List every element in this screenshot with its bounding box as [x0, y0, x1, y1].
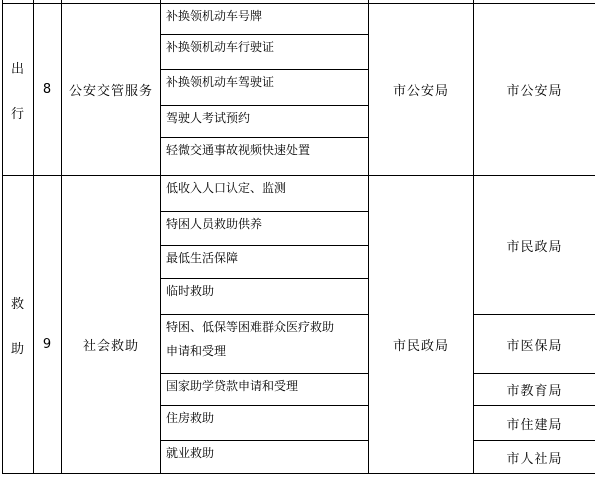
category-cell-assistance: 救 助 [3, 176, 34, 474]
responsible-dept-cell: 市人社局 [474, 441, 596, 474]
service-item-cell: 补换领机动车驾驶证 [161, 70, 369, 106]
service-category-cell: 公安交管服务 [62, 4, 161, 176]
responsible-dept-cell: 市民政局 [474, 176, 596, 315]
row-number-cell: 8 [34, 4, 62, 176]
responsible-dept-cell: 市公安局 [474, 4, 596, 176]
service-item-cell: 补换领机动车行驶证 [161, 35, 369, 70]
category-char: 助 [11, 338, 25, 357]
document-page: 出 行 8 公安交管服务 补换领机动车号牌 市公安局 [0, 0, 599, 482]
service-item-cell: 低收入人口认定、监测 [161, 176, 369, 212]
service-item-cell: 最低生活保障 [161, 246, 369, 279]
service-table-container: 出 行 8 公安交管服务 补换领机动车号牌 市公安局 [2, 0, 595, 474]
category-cell-travel: 出 行 [3, 4, 34, 176]
responsible-dept-cell: 市住建局 [474, 406, 596, 441]
vertical-category-label: 救 助 [3, 293, 33, 357]
service-item-cell: 住房救助 [161, 406, 369, 441]
authority-cell: 市民政局 [369, 176, 474, 474]
category-char: 救 [11, 293, 25, 312]
row-number-cell: 9 [34, 176, 62, 474]
authority-cell: 市公安局 [369, 4, 474, 176]
table-row: 救 助 9 社会救助 低收入人口认定、监测 市民政局 [3, 176, 596, 212]
service-item-cell: 特困、低保等困难群众医疗救助 申请和受理 [161, 315, 369, 374]
service-item-cell: 轻微交通事故视频快速处置 [161, 138, 369, 176]
service-item-cell: 就业救助 [161, 441, 369, 474]
service-item-cell: 国家助学贷款申请和受理 [161, 374, 369, 406]
service-category-cell: 社会救助 [62, 176, 161, 474]
service-item-cell: 补换领机动车号牌 [161, 4, 369, 35]
category-char: 行 [11, 103, 25, 122]
service-item-cell: 驾驶人考试预约 [161, 106, 369, 138]
responsible-dept-cell: 市医保局 [474, 315, 596, 374]
vertical-category-label: 出 行 [3, 58, 33, 122]
table-row: 出 行 8 公安交管服务 补换领机动车号牌 市公安局 [3, 4, 596, 35]
category-char: 出 [11, 58, 25, 77]
responsible-dept-cell: 市教育局 [474, 374, 596, 406]
service-item-cell: 临时救助 [161, 279, 369, 315]
service-item-cell: 特困人员救助供养 [161, 212, 369, 246]
service-table: 出 行 8 公安交管服务 补换领机动车号牌 市公安局 [2, 0, 595, 474]
